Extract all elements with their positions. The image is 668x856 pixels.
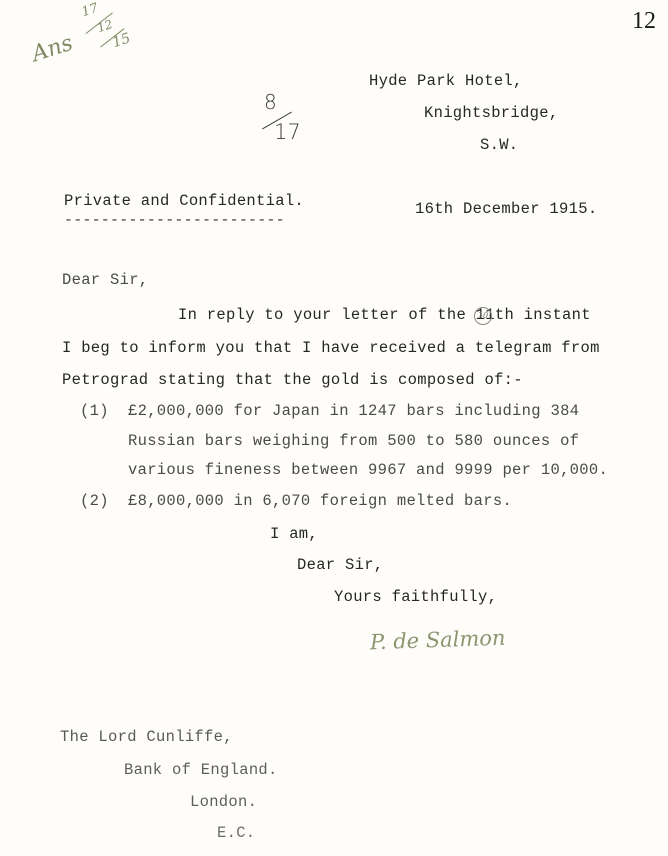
page-number: 12 [632, 8, 656, 35]
signature: P. de Salmon [370, 626, 506, 655]
folio-numerator: 8 [264, 90, 277, 114]
closing-line-1: I am, [270, 525, 318, 543]
item-1-marker: (1) [80, 402, 109, 420]
classification-underline: ------------------------ [64, 212, 285, 229]
item-1-line-2: Russian bars weighing from 500 to 580 ou… [128, 432, 579, 450]
salutation: Dear Sir, [62, 271, 148, 289]
classification-label: Private and Confidential. [64, 192, 304, 210]
folio-denominator: 17 [274, 120, 301, 144]
item-1-line-1: £2,000,000 for Japan in 1247 bars includ… [128, 402, 579, 420]
circled-mark: 10 [474, 307, 492, 325]
letterhead-line-3: S.W. [480, 136, 518, 154]
letterhead-line-1: Hyde Park Hotel, [369, 72, 523, 90]
answered-annotation: Ans 17 12 15 [18, 0, 154, 84]
item-2-line-1: £8,000,000 in 6,070 foreign melted bars. [128, 492, 512, 510]
closing-line-3: Yours faithfully, [334, 588, 497, 606]
answered-year: 15 [111, 30, 133, 51]
letter-page: 12 Ans 17 12 15 8 17 Hyde Park Hotel, Kn… [0, 0, 668, 856]
item-2-marker: (2) [80, 492, 109, 510]
addressee-line-1: The Lord Cunliffe, [60, 728, 233, 746]
folio-annotation: 8 17 [256, 90, 306, 152]
letter-date: 16th December 1915. [415, 200, 597, 218]
answered-label: Ans [29, 31, 76, 68]
body-line-3: Petrograd stating that the gold is compo… [62, 371, 523, 389]
item-1-line-3: various fineness between 9967 and 9999 p… [128, 461, 608, 479]
letterhead-line-2: Knightsbridge, [424, 104, 558, 122]
answered-day: 17 [80, 1, 100, 20]
closing-line-2: Dear Sir, [297, 556, 383, 574]
answered-month: 12 [95, 17, 114, 35]
body-line-2: I beg to inform you that I have received… [62, 339, 600, 357]
addressee-line-3: London. [190, 793, 257, 811]
body-line-1: In reply to your letter of the 11th inst… [178, 306, 591, 324]
addressee-line-4: E.C. [217, 824, 255, 842]
addressee-line-2: Bank of England. [124, 761, 278, 779]
